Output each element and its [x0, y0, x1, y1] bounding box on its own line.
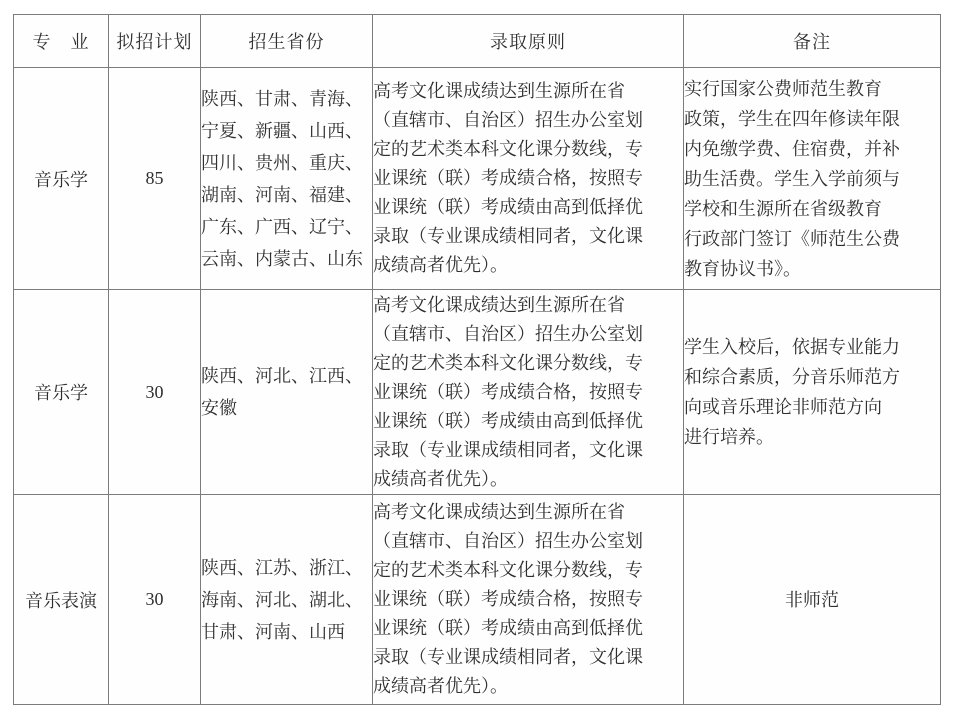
admissions-document: 专 业 拟招计划 招生省份 录取原则 备注 音乐学 85 陕西、甘肃、青海、 宁… [13, 14, 941, 705]
major-cell: 音乐学 [14, 290, 109, 495]
admissions-table: 专 业 拟招计划 招生省份 录取原则 备注 音乐学 85 陕西、甘肃、青海、 宁… [13, 14, 941, 705]
note-cell: 学生入校后，依据专业能力 和综合素质，分音乐师范方 向或音乐理论非师范方向 进行… [684, 290, 941, 495]
table-row: 音乐学 30 陕西、河北、江西、 安徽 高考文化课成绩达到生源所在省 （直辖市、… [14, 290, 941, 495]
major-cell: 音乐表演 [14, 495, 109, 705]
principle-cell: 高考文化课成绩达到生源所在省 （直辖市、自治区）招生办公室划 定的艺术类本科文化… [373, 495, 684, 705]
header-provinces: 招生省份 [201, 15, 373, 68]
header-remarks: 备注 [684, 15, 941, 68]
table-row: 音乐表演 30 陕西、江苏、浙江、 海南、河北、湖北、 甘肃、河南、山西 高考文… [14, 495, 941, 705]
principle-cell: 高考文化课成绩达到生源所在省 （直辖市、自治区）招生办公室划 定的艺术类本科文化… [373, 68, 684, 290]
header-admission-principle: 录取原则 [373, 15, 684, 68]
table-header-row: 专 业 拟招计划 招生省份 录取原则 备注 [14, 15, 941, 68]
plan-cell: 30 [109, 495, 201, 705]
note-cell: 非师范 [684, 495, 941, 705]
plan-cell: 85 [109, 68, 201, 290]
major-cell: 音乐学 [14, 68, 109, 290]
plan-cell: 30 [109, 290, 201, 495]
header-major: 专 业 [14, 15, 109, 68]
provinces-cell: 陕西、甘肃、青海、 宁夏、新疆、山西、 四川、贵州、重庆、 湖南、河南、福建、 … [201, 68, 373, 290]
provinces-cell: 陕西、江苏、浙江、 海南、河北、湖北、 甘肃、河南、山西 [201, 495, 373, 705]
header-planned-enrollment: 拟招计划 [109, 15, 201, 68]
note-cell: 实行国家公费师范生教育 政策，学生在四年修读年限 内免缴学费、住宿费，并补 助生… [684, 68, 941, 290]
table-row: 音乐学 85 陕西、甘肃、青海、 宁夏、新疆、山西、 四川、贵州、重庆、 湖南、… [14, 68, 941, 290]
principle-cell: 高考文化课成绩达到生源所在省 （直辖市、自治区）招生办公室划 定的艺术类本科文化… [373, 290, 684, 495]
provinces-cell: 陕西、河北、江西、 安徽 [201, 290, 373, 495]
